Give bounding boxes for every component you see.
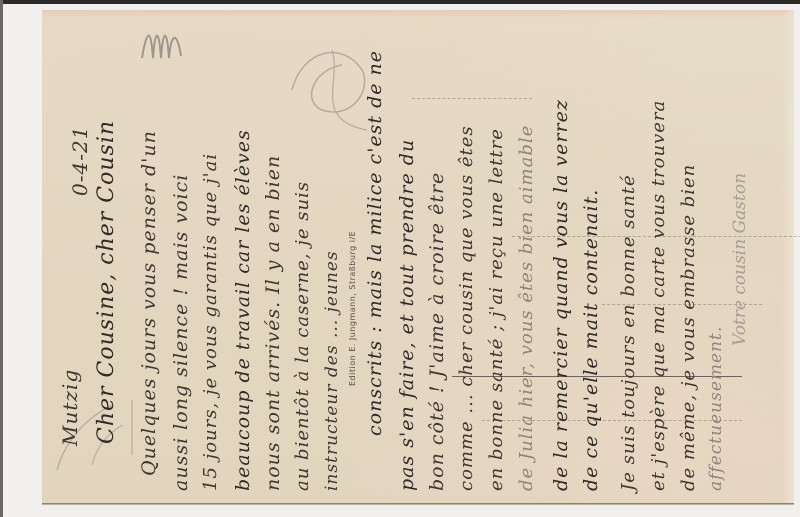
message-line: conscrits : mais la milice c'est de ne [364, 50, 386, 436]
header-place: Mutzig [58, 369, 82, 446]
message-line: de même, je vous embrasse bien [678, 164, 699, 491]
message-line: de Julia hier, vous êtes bien aimable [516, 125, 537, 491]
pencil-signature: Votre cousin Gaston [730, 173, 750, 346]
message-line: bon côté ! J'aime à croire être [426, 172, 448, 491]
message-line: Quelques jours vous penser d'un [138, 130, 160, 476]
message-line: Je suis toujours en bonne santé [618, 174, 639, 491]
scan-top-edge [0, 0, 800, 4]
message-line: et j'espère que ma carte vous trouvera [648, 100, 669, 491]
message-line: aussi long silence ! mais voici [170, 174, 192, 491]
message-line: comme ... cher cousin que vous êtes [456, 125, 477, 491]
scan-background: 0-4-21 Mutzig Cher Cousine, cher Cousin … [0, 0, 800, 517]
message-line: beaucoup de travail car les élèves [232, 129, 254, 491]
message-line: 15 jours, je vous garantis que j'ai [200, 153, 221, 491]
message-line: affectueusement. [706, 326, 726, 491]
message-line: instructeur des ... jeunes [322, 250, 342, 491]
paper-edge [782, 10, 794, 503]
header-date: 0-4-21 [68, 126, 92, 196]
message-line: nous sont arrivés. Il y a en bien [262, 155, 284, 491]
message-line: pas s'en faire, et tout prendre du [396, 139, 418, 491]
printed-publisher-line: Edition E. Jungmann, Straßburg i/E [348, 231, 357, 386]
scan-left-edge [0, 0, 3, 517]
postcard: 0-4-21 Mutzig Cher Cousine, cher Cousin … [42, 10, 794, 504]
message-line: au bientôt à la caserne, je suis [292, 181, 313, 491]
salutation: Cher Cousine, cher Cousin [94, 120, 119, 444]
message-line: de ce qu'elle mait contenait. [580, 189, 602, 491]
message-line: de la remercier quand vous la verrez [550, 99, 572, 491]
handwritten-message: 0-4-21 Mutzig Cher Cousine, cher Cousin … [50, 16, 770, 496]
message-line: en bonne santé ; j'ai reçu une lettre [486, 128, 507, 491]
